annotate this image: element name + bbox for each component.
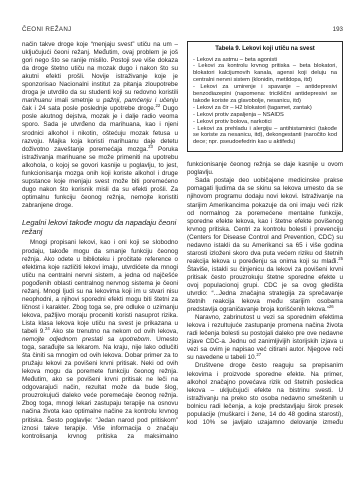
paragraph-continued-from-previous-page: način takve droge koje “menjaju svest” u… [22,41,178,210]
text-segment: nemojte odjednom prestati sa upotrebom [22,336,150,343]
text-segment: marihuanu [22,97,52,104]
running-title: ČEONI REŽANJ [22,26,72,33]
drug-table: Tabela 9. Lekovi koji utiču na svest - L… [187,41,343,152]
text-segment: imali smetnje u [52,97,103,104]
text-segment: Ako ste trenutno na nekom od ovih lekova… [50,328,178,335]
table-item: - Lekovi protiv zapaljenja – NSAIDS [193,112,337,119]
table-item: - Lekovi za umirenje i spavanje – antide… [193,84,337,105]
page-number: 193 [333,26,343,33]
table-item: - Lekovi protiv bolova, narkotici [193,119,337,126]
text-segment: Štaviše, istakli su činjenicu da lekovi … [187,266,343,313]
text-segment: . Umesto toga, sarađujte sa lekarom. Na … [22,336,178,440]
section-heading: Legalni lekovi takođe mogu da napadaju č… [22,218,178,236]
text-segment: 25 [338,256,343,261]
table-item: - Lekovi za čir – H2 blokatori (tagamet,… [193,105,337,112]
paragraph: Naravno, zabrinutost u vezi sa sporednim… [187,314,343,362]
table-title: Tabela 9. Lekovi koji utiču na svest [193,46,337,54]
text-segment: način takve droge koje “menjaju svest” u… [22,41,178,96]
text-segment: 27 [256,352,261,357]
text-segment: 26 [329,304,334,309]
text-segment: Mnogi propisani lekovi, kao i oni koji s… [22,239,178,335]
table-item: - Lekovi za prehladu i alergiju – antihi… [193,126,337,147]
text-segment: Društvene droge često reaguju sa prepisa… [187,362,343,425]
text-segment: pažnji, pamćenju i učenju [103,97,178,104]
paragraph: Sada postaje deo uobičajene medicinske p… [187,177,343,314]
table-items: - Lekovi za astmu – beta agonisti- Lekov… [193,57,337,147]
text-segment: čak i 24 sata posle poslednje upotrebe d… [22,105,155,112]
right-column: Tabela 9. Lekovi koji utiču na svest - L… [187,41,343,441]
paragraph: Mnogi propisani lekovi, kao i oni koji s… [22,239,178,440]
table-item: - Lekovi za astmu – beta agonisti [193,57,337,64]
text-segment: funkcionisanje čeonog režnja se daje kas… [187,161,343,176]
text-segment: Sada postaje deo uobičajene medicinske p… [187,177,343,264]
two-column-layout: način takve droge koje “menjaju svest” u… [22,41,343,441]
text-segment: Poruka istraživanja marihuane se može pr… [22,146,178,209]
left-column: način takve droge koje “menjaju svest” u… [22,41,178,441]
text-segment: Naravno, zabrinutost u vezi sa sporednim… [187,314,343,361]
paragraph-continued-from-left-column: funkcionisanje čeonog režnja se daje kas… [187,161,343,177]
book-page: ČEONI REŽANJ 193 način takve droge koje … [0,0,362,480]
table-item: - Lekovi za kontrolu krvnog pritiska – b… [193,63,337,84]
paragraph: Društvene droge često reaguju sa prepisa… [187,362,343,426]
page-header: ČEONI REŽANJ 193 [22,26,343,33]
